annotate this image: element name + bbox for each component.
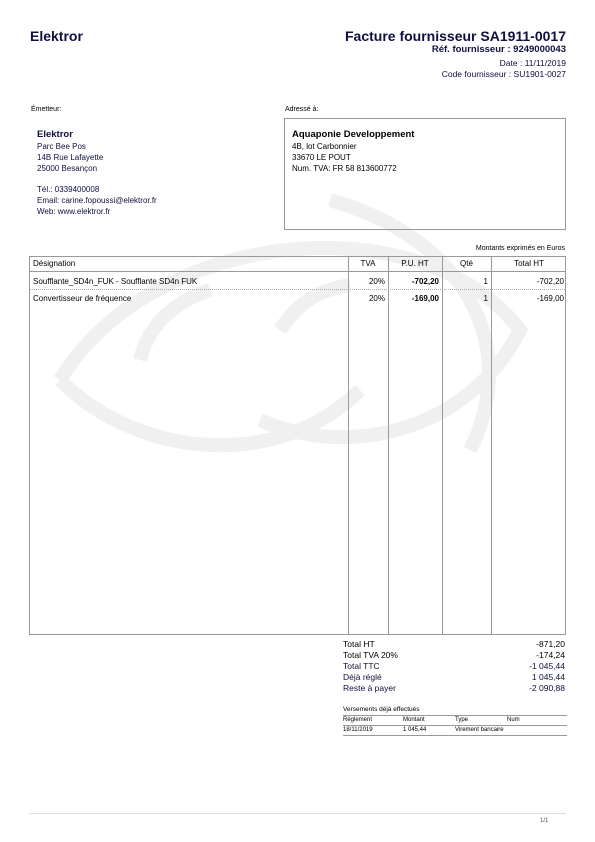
- currency-note: Montants exprimés en Euros: [476, 245, 565, 252]
- row-vat: 20%: [348, 277, 385, 286]
- payment-row: 18/11/2019 1 045,44 Virement bancaire: [343, 726, 567, 735]
- row-quantity: 1: [442, 277, 488, 286]
- sender-address-line: 25000 Besançon: [37, 163, 157, 174]
- recipient-address-line: 4B, lot Carbonnier: [292, 141, 414, 152]
- total-label: Déjà réglé: [343, 672, 382, 683]
- row-designation: Soufflante_SD4n_FUK - Soufflante SD4n FU…: [33, 277, 197, 286]
- header-designation: Désignation: [33, 259, 75, 268]
- total-value: -2 090,88: [529, 683, 565, 694]
- row-unit-price: -169,00: [388, 294, 439, 303]
- table-row: Convertisseur de fréquence 20% -169,00 1…: [30, 289, 565, 306]
- total-value: -871,20: [536, 639, 565, 650]
- payments-header-row: Règlement Montant Type Num: [343, 716, 567, 726]
- total-ht-row: Total HT -871,20: [343, 639, 565, 650]
- page-number: 1/1: [540, 818, 548, 824]
- sender-label: Émetteur:: [31, 106, 61, 113]
- payments-header-num: Num: [507, 717, 520, 723]
- total-vat-row: Total TVA 20% -174,24: [343, 650, 565, 661]
- sender-phone: Tél.: 0339400008: [37, 184, 157, 195]
- company-name: Elektror: [30, 28, 83, 44]
- recipient-vat-number: Num. TVA: FR 58 813600772: [292, 163, 414, 174]
- header-total: Total HT: [491, 259, 567, 268]
- sender-name: Elektror: [37, 129, 157, 141]
- total-ttc-row: Total TTC -1 045,44: [343, 661, 565, 672]
- document-title: Facture fournisseur SA1911-0017: [345, 28, 566, 44]
- header-unit-price: P.U. HT: [388, 259, 442, 268]
- row-quantity: 1: [442, 294, 488, 303]
- total-label: Reste à payer: [343, 683, 396, 694]
- invoice-lines-table: Désignation TVA P.U. HT Qté Total HT Sou…: [29, 256, 566, 635]
- payments-title: Versements déjà effectués: [343, 706, 567, 713]
- recipient-address-block: Aquaponie Developpement 4B, lot Carbonni…: [292, 129, 414, 174]
- total-label: Total HT: [343, 639, 375, 650]
- row-total: -702,20: [491, 277, 564, 286]
- payments-table: Règlement Montant Type Num 18/11/2019 1 …: [343, 715, 567, 736]
- row-vat: 20%: [348, 294, 385, 303]
- payments-header-type: Type: [455, 717, 468, 723]
- sender-web: Web: www.elektror.fr: [37, 206, 157, 217]
- payments-header-date: Règlement: [343, 717, 372, 723]
- header-quantity: Qté: [442, 259, 491, 268]
- total-label: Total TVA 20%: [343, 650, 398, 661]
- recipient-address-line: 33670 LE POUT: [292, 152, 414, 163]
- payment-amount: 1 045,44: [403, 727, 426, 733]
- supplier-code: Code fournisseur : SU1901-0027: [442, 69, 566, 79]
- sender-email: Email: carine.fopoussi@elektror.fr: [37, 195, 157, 206]
- sender-address-line: 14B Rue Lafayette: [37, 152, 157, 163]
- remaining-due-row: Reste à payer -2 090,88: [343, 683, 565, 694]
- total-value: -1 045,44: [529, 661, 565, 672]
- payment-date: 18/11/2019: [343, 727, 373, 733]
- payments-header-amount: Montant: [403, 717, 425, 723]
- footer-divider: [29, 813, 566, 814]
- recipient-label: Adressé à:: [285, 106, 318, 113]
- total-value: 1 045,44: [532, 672, 565, 683]
- sender-address-line: Parc Bee Pos: [37, 141, 157, 152]
- payments-block: Versements déjà effectués Règlement Mont…: [343, 706, 567, 736]
- table-row: Soufflante_SD4n_FUK - Soufflante SD4n FU…: [30, 272, 565, 290]
- row-unit-price: -702,20: [388, 277, 439, 286]
- already-paid-row: Déjà réglé 1 045,44: [343, 672, 565, 683]
- row-designation: Convertisseur de fréquence: [33, 294, 131, 303]
- total-value: -174,24: [536, 650, 565, 661]
- recipient-name: Aquaponie Developpement: [292, 129, 414, 141]
- row-total: -169,00: [491, 294, 564, 303]
- payment-type: Virement bancaire: [455, 727, 504, 733]
- total-label: Total TTC: [343, 661, 380, 672]
- supplier-reference: Réf. fournisseur : 9249000043: [432, 44, 566, 55]
- document-date: Date : 11/11/2019: [500, 58, 566, 68]
- header-vat: TVA: [348, 259, 388, 268]
- sender-address-block: Elektror Parc Bee Pos 14B Rue Lafayette …: [37, 129, 157, 217]
- totals-block: Total HT -871,20 Total TVA 20% -174,24 T…: [343, 639, 565, 694]
